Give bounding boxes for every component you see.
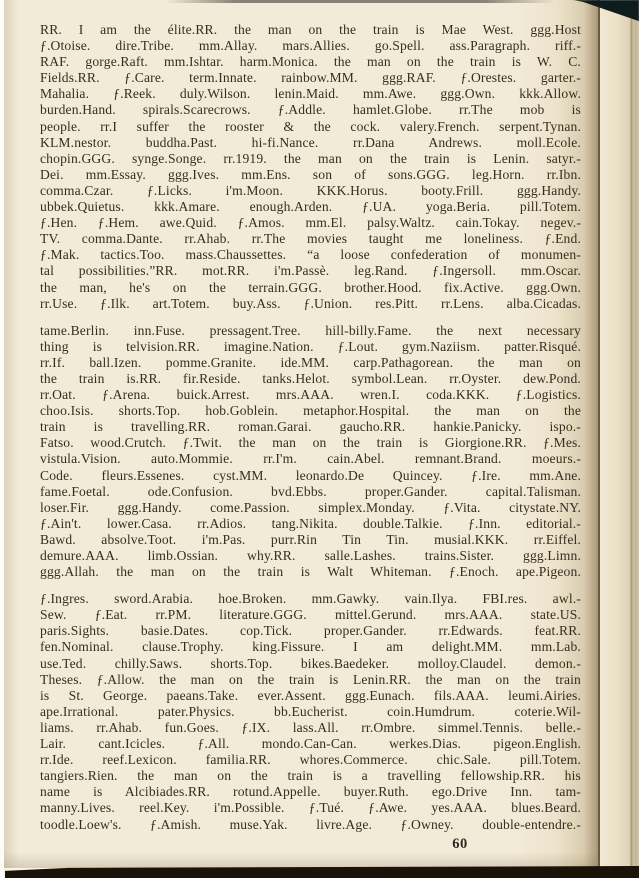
text-line: tangiers.Rien. the man on the train is a… <box>40 768 581 784</box>
text-line: demure.AAA. limb.Ossian. why.RR. salle.L… <box>40 548 581 564</box>
text-line: Dei. mm.Essay. ggg.Ives. mm.Ens. son of … <box>40 167 581 183</box>
text-line: rr.Oat. ƒ.Arena. buick.Arrest. mrs.AAA. … <box>40 387 581 403</box>
text-line: Bawd. absolve.Toot. i'm.Pas. purr.Rin Ti… <box>40 532 581 548</box>
scan-left-edge <box>0 0 4 878</box>
text-line: KLM.nestor. buddha.Past. hi-fi.Nance. rr… <box>40 135 581 151</box>
scan-top-shadow <box>165 0 555 3</box>
text-line: ape.Irrational. pater.Physics. bb.Eucher… <box>40 704 581 720</box>
text-line: paris.Sights. basie.Dates. cop.Tick. pro… <box>40 623 581 639</box>
text-line: RAF. gorge.Raft. mm.Ishtar. harm.Monica.… <box>40 54 581 70</box>
text-line: fame.Foetal. ode.Confusion. bvd.Ebbs. pr… <box>40 484 581 500</box>
text-line: chopin.GGG. synge.Songe. rr.1919. the ma… <box>40 151 581 167</box>
text-line: thing is telvision.RR. imagine.Nation. ƒ… <box>40 339 581 355</box>
text-line: ggg.Allah. the man on the train is Walt … <box>40 564 581 580</box>
scanned-book-page: RR. I am the élite.RR. the man on the tr… <box>0 0 639 878</box>
paragraph-1: RR. I am the élite.RR. the man on the tr… <box>40 22 581 312</box>
text-line: comma.Czar. ƒ.Licks. i'm.Moon. KKK.Horus… <box>40 183 581 199</box>
text-line: use.Ted. chilly.Saws. shorts.Top. bikes.… <box>40 656 581 672</box>
text-line: tal possibilities.”RR. mot.RR. i'm.Passè… <box>40 263 581 279</box>
text-line: Lair. cant.Icicles. ƒ.All. mondo.Can-Can… <box>40 736 581 752</box>
text-line: manny.Lives. reel.Key. i'm.Possible. ƒ.T… <box>40 800 581 816</box>
text-line: tame.Berlin. inn.Fuse. pressagent.Tree. … <box>40 323 581 339</box>
paragraph-2: tame.Berlin. inn.Fuse. pressagent.Tree. … <box>40 323 581 581</box>
text-line: liams. rr.Ahab. fun.Goes. ƒ.IX. lass.All… <box>40 720 581 736</box>
text-line: TV. comma.Dante. rr.Ahab. rr.The movies … <box>40 231 581 247</box>
text-line: rr.Ide. reef.Lexicon. familia.RR. whores… <box>40 752 581 768</box>
paragraph-3: ƒ.Ingres. sword.Arabia. hoe.Broken. mm.G… <box>40 591 581 832</box>
text-line: Sew. ƒ.Eat. rr.PM. literature.GGG. mitte… <box>40 607 581 623</box>
text-line: Mahalia. ƒ.Reek. duly.Wilson. lenin.Maid… <box>40 86 581 102</box>
page-text: RR. I am the élite.RR. the man on the tr… <box>40 22 581 844</box>
text-line: train is travelling.RR. roman.Garai. gau… <box>40 419 581 435</box>
text-line: RR. I am the élite.RR. the man on the tr… <box>40 22 581 38</box>
text-line: Fields.RR. ƒ.Care. term.Innate. rainbow.… <box>40 70 581 86</box>
text-line: ubbek.Quietus. kkk.Amare. enough.Arden. … <box>40 199 581 215</box>
text-line: is St. George. paeans.Take. ever.Assent.… <box>40 688 581 704</box>
text-line: name is Alcibiades.RR. rotund.Appelle. b… <box>40 784 581 800</box>
text-line: people. rr.I suffer the rooster & the co… <box>40 119 581 135</box>
text-line: ƒ.Mak. tactics.Too. mass.Chaussettes. “a… <box>40 247 581 263</box>
next-page-fore-edge <box>600 0 639 868</box>
text-line: the train is.RR. fir.Reside. tanks.Helot… <box>40 371 581 387</box>
text-line: ƒ.Ingres. sword.Arabia. hoe.Broken. mm.G… <box>40 591 581 607</box>
text-line: choo.Isis. shorts.Top. hob.Goblein. meta… <box>40 403 581 419</box>
text-line: the man, he's on the terrain.GGG. brothe… <box>40 280 581 296</box>
text-line: Theses. ƒ.Allow. the man on the train is… <box>40 672 581 688</box>
text-line: burden.Hand. spirals.Scarecrows. ƒ.Addle… <box>40 102 581 118</box>
text-line: ƒ.Hen. ƒ.Hem. awe.Quid. ƒ.Amos. mm.El. p… <box>40 215 581 231</box>
text-line: rr.If. ball.Izen. pomme.Granite. ide.MM.… <box>40 355 581 371</box>
page-number: 60 <box>438 836 482 853</box>
text-line: ƒ.Ain't. lower.Casa. rr.Adios. tang.Niki… <box>40 516 581 532</box>
text-line: fen.Nominal. clause.Trophy. king.Fissure… <box>40 639 581 655</box>
text-line: loser.Fir. ggg.Handy. come.Passion. simp… <box>40 500 581 516</box>
text-line: toodle.Loew's. ƒ.Amish. muse.Yak. livre.… <box>40 817 581 833</box>
text-line: ƒ.Otoise. dire.Tribe. mm.Allay. mars.All… <box>40 38 581 54</box>
text-line: vistula.Vision. auto.Mommie. rr.I'm. cai… <box>40 451 581 467</box>
text-line: Fatso. wood.Crutch. ƒ.Twit. the man on t… <box>40 435 581 451</box>
text-line: rr.Use. ƒ.Ilk. art.Totem. buy.Ass. ƒ.Uni… <box>40 296 581 312</box>
text-line: Code. fleurs.Essenes. cyst.MM. leonardo.… <box>40 468 581 484</box>
